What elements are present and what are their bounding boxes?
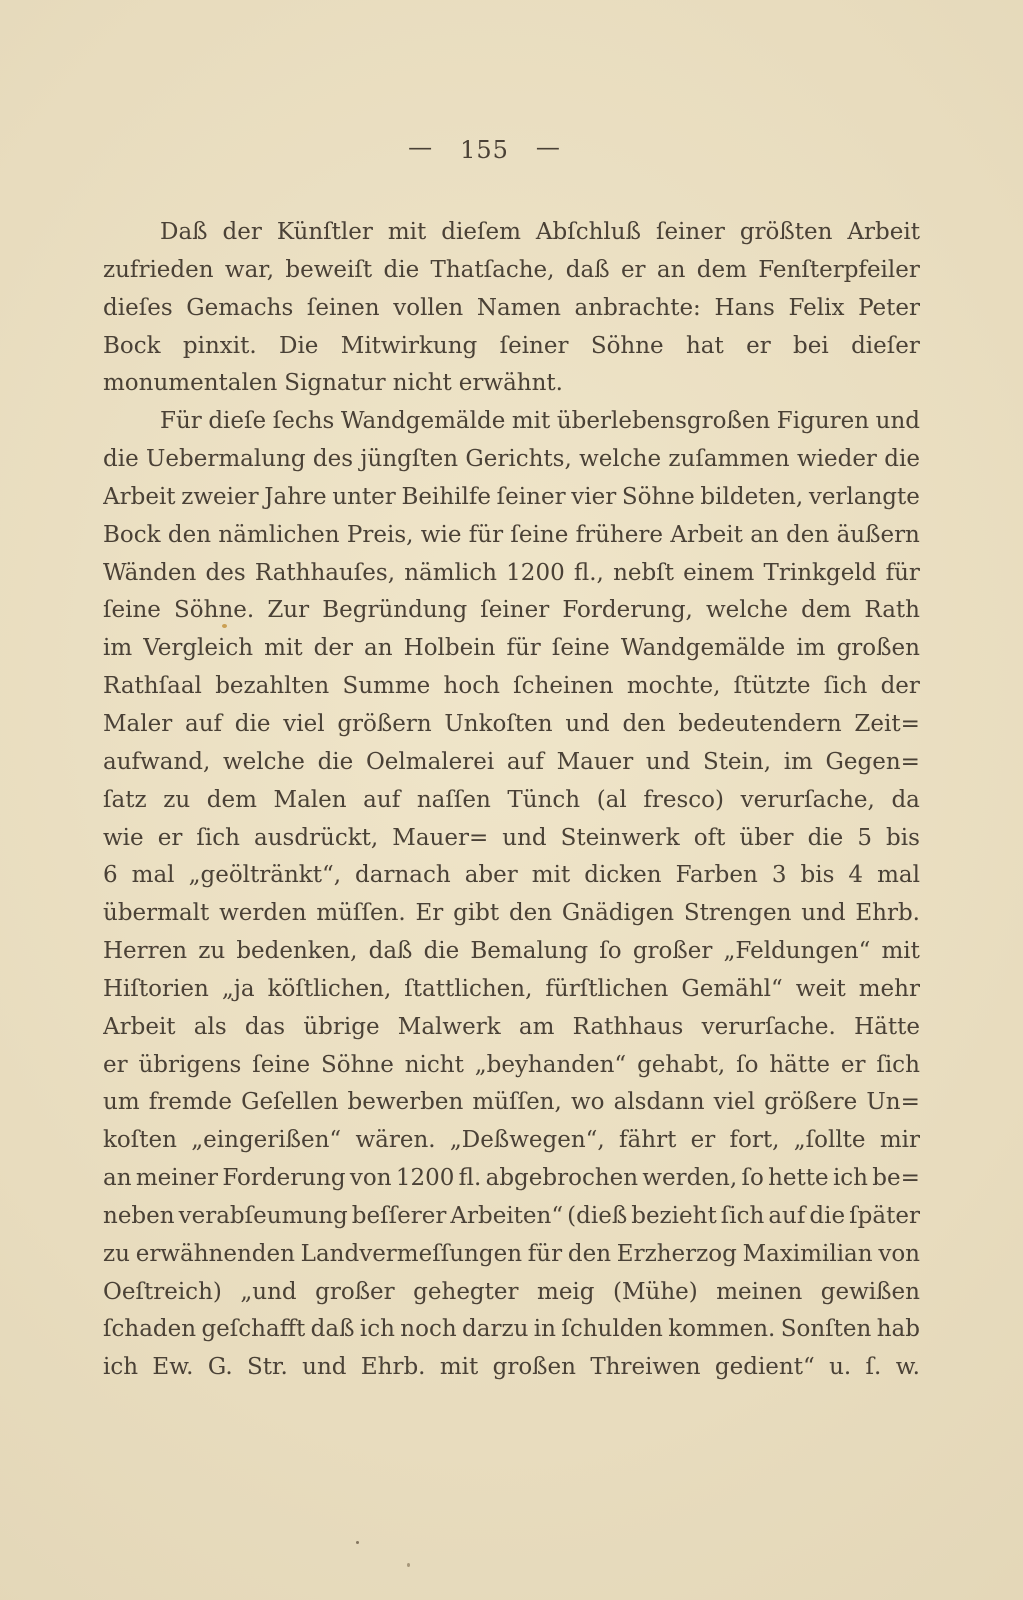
word: „ja [222,971,255,1009]
word: den [509,895,552,933]
word: kommen. [668,1311,775,1349]
word: Rathhaus [573,1009,684,1047]
word: zu [163,782,190,820]
word: Forderung, [562,592,693,630]
word: bis [886,820,920,858]
word: Ehrb. [361,1349,426,1387]
word: unter [332,479,395,517]
word: Maler [103,706,172,744]
word: ſeiner [500,328,569,366]
word: Daß [160,214,208,252]
word: auf [185,706,222,744]
word: hoch [444,668,500,706]
word: fl. [459,1160,482,1198]
text-line: wieerſichausdrückt,Mauer=undSteinwerkoft… [103,820,920,858]
word: Summe [342,668,430,706]
header-dash-left: — [408,133,433,161]
word: alsdann [614,1084,705,1122]
word: ſich [876,1047,920,1085]
word: fremde [149,1084,232,1122]
word: Steinwerk [561,820,680,858]
word: Arbeit [103,1009,176,1047]
word: großer [633,933,713,971]
word: mal [132,857,175,895]
word: die [318,744,354,782]
word: bei [793,328,829,366]
word: w. [896,1349,920,1387]
word: Arbeit [847,214,920,252]
word: Hätte [854,1009,920,1047]
text-line: Oeſtreich)„undgroßergehegtermeig(Mühe)me… [103,1274,920,1312]
word: Wandgemälde [621,630,785,668]
word: ſpäter [849,1198,920,1236]
word: verurſache. [702,1009,836,1047]
word: Herren [103,933,187,971]
text-line: zufriedenwar,beweiſtdieThatſache,daßeran… [103,252,920,290]
word: den [568,1236,611,1274]
text-line: ArbeitzweierJahreunterBeihilfeſeinervier… [103,479,920,517]
body-text: DaßderKünſtlermitdieſemAbſchlußſeinergrö… [103,214,920,1387]
paragraph: FürdieſeſechsWandgemäldemitüberlebensgro… [103,403,920,1387]
word: Gemähl“ [681,971,782,1009]
word: großer [315,1274,395,1312]
word: dieſes [103,290,173,328]
word: Mauer= [392,820,488,858]
word: als [194,1009,227,1047]
word: ich [833,1160,868,1198]
word: und [876,403,920,441]
word: Signatur [284,365,385,403]
word: Gerichts, [465,441,571,479]
word: gehegter [413,1274,518,1312]
word: für [469,517,503,555]
word: ſeiner [656,214,725,252]
word: mir [880,1122,920,1160]
word: ſeine [552,630,610,668]
word: frühere [576,517,663,555]
word: weit [796,971,846,1009]
word: Uebermalung [146,441,306,479]
word: größere [764,1084,857,1122]
word: Farben [676,857,758,895]
word: die [383,252,419,290]
word: welche [579,441,661,479]
word: Stein, [703,744,771,782]
word: ſeine [252,1047,310,1085]
word: gehabt, [637,1047,725,1085]
word: Forderung [222,1160,345,1198]
text-line: MaleraufdievielgrößernUnkoſtenunddenbede… [103,706,920,744]
word: „Feldungen“ [724,933,871,971]
word: (al [597,782,627,820]
word: und [302,1349,346,1387]
word: viel [714,1084,755,1122]
word: übermalt [103,895,209,933]
word: dieſem [441,214,521,252]
word: fresco) [643,782,724,820]
word: er [746,328,771,366]
word: Unkoſten [444,706,552,744]
word: Beihilfe [401,479,491,517]
word: Jahre [264,479,326,517]
text-line: BockdennämlichenPreis,wiefürſeinefrühere… [103,517,920,555]
word: Oelmalerei [366,744,494,782]
word: dem [207,782,257,820]
word: gedient“ [715,1349,815,1387]
word: „und [240,1274,296,1312]
text-line: erübrigensſeineSöhnenicht„beyhanden“geha… [103,1047,920,1085]
word: ſchaden [103,1311,196,1349]
word: Peter [858,290,920,328]
word: mit [388,214,426,252]
word: auf [363,782,400,820]
word: in [534,1311,556,1349]
word: bildeten, [700,479,803,517]
word: ſo [736,1047,758,1085]
word: Wänden [103,555,196,593]
word: jüngſten [360,441,458,479]
word: verlangte [809,479,920,517]
word: 1200 [396,1160,455,1198]
word: er [621,252,646,290]
word: 1200 [506,555,565,593]
word: Landvermeſſungen [301,1236,522,1274]
word: Maximilian [743,1236,873,1274]
paper-speck [222,624,227,628]
word: Bock [103,517,161,555]
word: Abſchluß [536,214,641,252]
word: den [786,517,829,555]
word: ich [360,1311,395,1349]
word: daß [566,252,610,290]
word: über [739,820,793,858]
word: 5 [857,820,872,858]
word: Malwerk [398,1009,501,1047]
word: Zeit= [854,706,919,744]
page-header: — 155 — [0,136,996,164]
header-dash-right: — [536,133,561,161]
word: im [796,630,825,668]
text-line: DaßderKünſtlermitdieſemAbſchlußſeinergrö… [103,214,920,252]
word: 6 [103,857,118,895]
word: er [841,1047,866,1085]
word: ich [103,1349,138,1387]
word: ſchulden [561,1311,663,1349]
text-line: Hiſtorien„jaköſtlichen,ſtattlichen,fürſt… [103,971,920,1009]
paragraph: DaßderKünſtlermitdieſemAbſchlußſeinergrö… [103,214,920,403]
word: äußern [837,517,920,555]
word: auf [768,1198,805,1236]
word: Tünch [507,782,580,820]
word: ſ. [866,1349,882,1387]
word: „beyhanden“ [475,1047,627,1085]
word: im [784,744,813,782]
word: die [808,820,844,858]
word: Strengen [684,895,792,933]
word: der [223,214,262,252]
word: darnach [355,857,451,895]
word: Bock [103,328,161,366]
text-line: 6mal„geöltränkt“,darnachabermitdickenFar… [103,857,920,895]
word: daß [311,1311,355,1349]
word: mochte, [627,668,721,706]
word: Gegen= [826,744,920,782]
word: Figuren [777,403,869,441]
text-line: ichEw.G.Str.undEhrb.mitgroßenThreiwenged… [103,1349,920,1387]
word: mit [881,933,919,971]
word: monumentalen [103,365,277,403]
word: Geſellen [241,1084,338,1122]
word: für [886,555,920,593]
word: ſeiner [497,479,566,517]
word: nicht [405,1047,464,1085]
word: viel [283,706,324,744]
word: an [103,1160,132,1198]
word: darzu [462,1311,528,1349]
word: von [878,1236,920,1274]
word: Arbeit [670,517,743,555]
word: nebſt [613,555,674,593]
word: Zur [267,592,309,630]
word: war, [225,252,274,290]
word: Mitwirkung [341,328,477,366]
word: zu [198,933,225,971]
word: neben [103,1198,175,1236]
text-line: anmeinerForderungvon1200fl.abgebrochenwe… [103,1160,920,1198]
word: Arbeit [103,479,176,517]
word: hette [768,1160,829,1198]
word: der [314,630,353,668]
word: vollen [393,290,463,328]
word: für [528,1236,562,1274]
word: wie [421,517,462,555]
paper-speck [407,1563,410,1567]
word: Die [279,328,318,366]
word: mit [532,857,570,895]
word: er [103,1047,128,1085]
text-line: umfremdeGeſellenbewerbenmüſſen,woalsdann… [103,1084,920,1122]
word: ſeine [510,517,568,555]
word: Namen [477,290,561,328]
word: die [235,706,271,744]
word: bedeutendern [678,706,841,744]
word: nicht [393,365,452,403]
word: am [519,1009,555,1047]
word: dem [801,592,851,630]
word: hätte [769,1047,830,1085]
text-line: monumentalenSignaturnichterwähnt. [103,365,920,403]
word: ſo [599,933,621,971]
word: Hans [714,290,774,328]
word: fl., [574,555,604,593]
word: von [350,1160,392,1198]
word: wo [571,1084,605,1122]
word: und [565,706,609,744]
word: die [424,933,460,971]
word: Fenſterpfeiler [758,252,920,290]
word: köſtlichen, [268,971,392,1009]
word: hab [877,1311,920,1349]
text-line: ArbeitalsdasübrigeMalwerkamRathhausverur… [103,1009,920,1047]
word: ſeiner [480,592,549,630]
word: Söhne [321,1047,394,1085]
word: ausdrückt, [254,820,378,858]
word: Un= [866,1084,919,1122]
word: mit [440,1349,478,1387]
word: auf [507,744,544,782]
word: (Mühe) [613,1274,698,1312]
word: die [884,441,920,479]
text-line: dieſesGemachsſeinenvollenNamenanbrachte:… [103,290,920,328]
word: beſſerer [352,1198,447,1236]
text-line: Herrenzubedenken,daßdieBemalungſogroßer„… [103,933,920,971]
word: bezahlten [215,668,329,706]
word: ſo [741,1160,763,1198]
word: fürſtlichen [545,971,668,1009]
word: Gemachs [186,290,293,328]
word: aber [465,857,518,895]
word: „eingerißen“ [191,1122,341,1160]
word: aufwand, [103,744,210,782]
word: G. [208,1349,233,1387]
word: Gnädigen [562,895,674,933]
word: 3 [772,857,787,895]
word: den [622,706,665,744]
page-number: 155 [460,136,509,164]
word: ſtützte [734,668,811,706]
word: zu [103,1236,130,1274]
word: verabſeumung [179,1198,348,1236]
word: Vergleich [143,630,253,668]
text-line: Bockpinxit.DieMitwirkungſeinerSöhnehater… [103,328,920,366]
text-line: koſten„eingerißen“wären.„Deßwegen“,fährt… [103,1122,920,1160]
word: Begründung [322,592,467,630]
word: koſten [103,1122,177,1160]
word: beweiſt [285,252,372,290]
word: Söhne. [174,592,254,630]
word: Söhne [591,328,664,366]
text-line: aufwand,welchedieOelmalereiaufMauerundSt… [103,744,920,782]
word: bezieht [631,1198,716,1236]
word: Hiſtorien [103,971,209,1009]
word: erwähnenden [136,1236,295,1274]
word: des [313,441,353,479]
word: überlebensgroßen [557,403,770,441]
word: abgebrochen [486,1160,638,1198]
word: welche [706,592,788,630]
word: „geöltränkt“, [189,857,341,895]
book-page: — 155 — DaßderKünſtlermitdieſemAbſchlußſ… [0,0,1023,1600]
word: meig [537,1274,595,1312]
word: im [103,630,132,668]
text-line: WändendesRathhauſes,nämlich1200fl.,nebſt… [103,555,920,593]
word: Ehrb. [855,895,920,933]
word: gibt [453,895,499,933]
word: übrigens [138,1047,241,1085]
word: mit [264,630,302,668]
word: hat [686,328,724,366]
word: des [206,555,246,593]
word: ſeinen [307,290,380,328]
word: ſich [721,1198,765,1236]
word: Trinkgeld [764,555,877,593]
word: welche [223,744,305,782]
word: zufrieden [103,252,214,290]
word: er [158,820,183,858]
word: be= [872,1160,920,1198]
word: Thatſache, [431,252,555,290]
word: u. [829,1349,851,1387]
word: an [364,630,393,668]
word: ſich [196,820,240,858]
word: um [103,1084,140,1122]
word: einem [683,555,754,593]
word: anbrachte: [575,290,701,328]
word: gewißen [821,1274,920,1312]
word: übrige [303,1009,379,1047]
word: ſcheinen [513,668,613,706]
text-line: übermaltwerdenmüſſen.ErgibtdenGnädigenSt… [103,895,920,933]
word: ſeine [103,592,161,630]
word: ſechs [273,403,335,441]
word: wie [103,820,144,858]
word: 4 [848,857,863,895]
word: Str. [247,1349,288,1387]
word: und [646,744,690,782]
word: bedenken, [236,933,357,971]
word: daß [369,933,413,971]
word: Erzherzog [617,1236,737,1274]
word: Wandgemälde [341,403,505,441]
word: (dieß [567,1198,627,1236]
word: an [657,252,686,290]
word: geſchafft [201,1311,305,1349]
text-line: zuerwähnendenLandvermeſſungenfürdenErzhe… [103,1236,920,1274]
word: Preis, [347,517,414,555]
word: Rathſaal [103,668,202,706]
word: an [750,517,779,555]
word: dicken [584,857,661,895]
word: ſatz [103,782,147,820]
word: mal [877,857,920,895]
word: Arbeiten“ [450,1198,563,1236]
word: naſſen [417,782,491,820]
text-line: ſatzzudemMalenaufnaſſenTünch(alfresco)ve… [103,782,920,820]
word: vier [571,479,616,517]
word: da [891,782,919,820]
word: Rathhauſes, [255,555,395,593]
text-line: FürdieſeſechsWandgemäldemitüberlebensgro… [103,403,920,441]
word: den [168,517,211,555]
word: wieder [797,441,877,479]
text-line: imVergleichmitderanHolbeinfürſeineWandge… [103,630,920,668]
word: für [506,630,540,668]
word: Für [160,403,202,441]
word: Ew. [152,1349,193,1387]
word: Malen [274,782,347,820]
word: wären. [355,1122,435,1160]
word: Felix [788,290,844,328]
word: mit [512,403,550,441]
word: Sonſten [781,1311,872,1349]
word: müſſen, [472,1084,561,1122]
paper-speck [356,1541,359,1544]
word: verurſache, [741,782,875,820]
word: bewerben [348,1084,464,1122]
word: meiner [136,1160,218,1198]
word: „Deßwegen“, [450,1122,605,1160]
text-line: RathſaalbezahltenSummehochſcheinenmochte… [103,668,920,706]
